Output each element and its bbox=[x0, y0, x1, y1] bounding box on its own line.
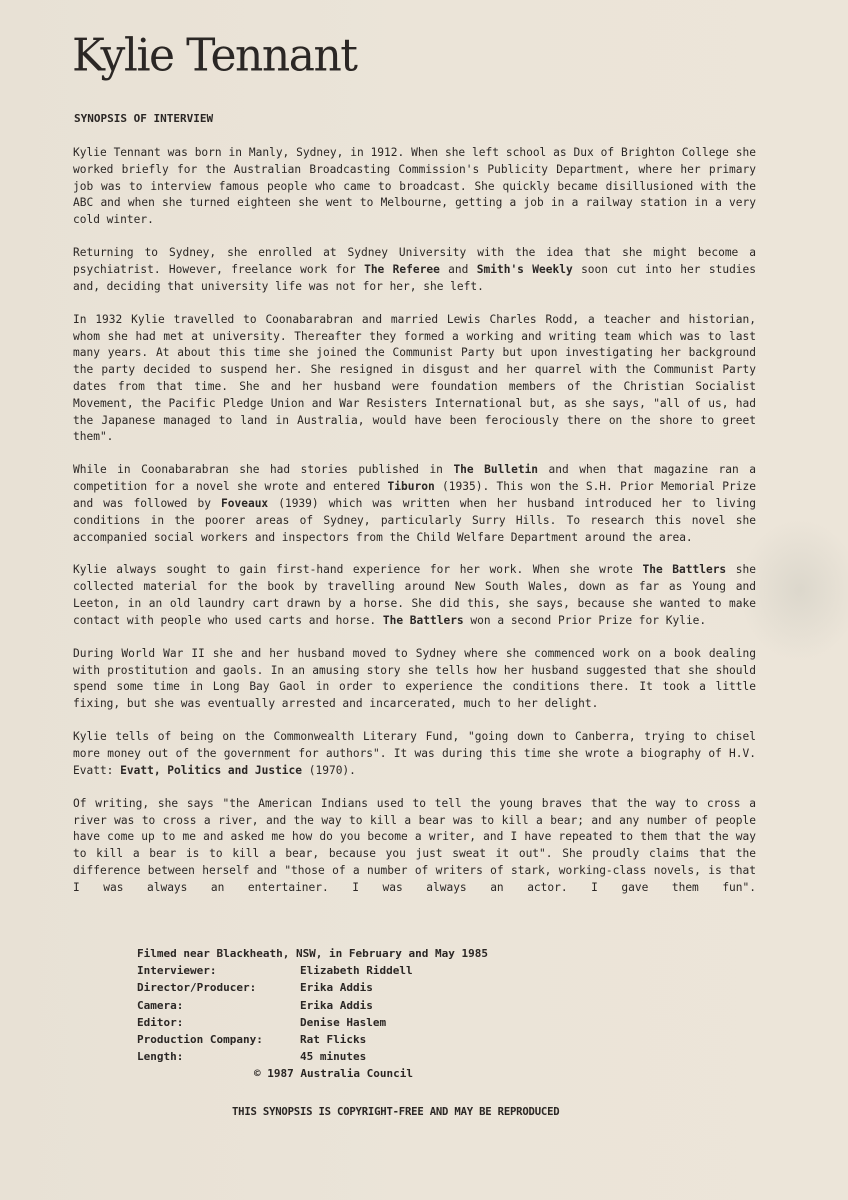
credit-row: Interviewer: Elizabeth Riddell bbox=[137, 962, 488, 979]
work-title: The Bulletin bbox=[453, 463, 538, 476]
credit-label: Editor: bbox=[137, 1014, 300, 1031]
synopsis-body: Kylie Tennant was born in Manly, Sydney,… bbox=[73, 145, 756, 913]
paragraph: Returning to Sydney, she enrolled at Syd… bbox=[73, 245, 756, 295]
credit-value: Denise Haslem bbox=[300, 1014, 386, 1031]
credit-value: Rat Flicks bbox=[300, 1031, 366, 1048]
credit-value: 45 minutes bbox=[300, 1048, 366, 1065]
document-page: Kylie Tennant SYNOPSIS OF INTERVIEW Kyli… bbox=[0, 0, 848, 1200]
paragraph: Kylie always sought to gain first-hand e… bbox=[73, 562, 756, 629]
paragraph-text: and bbox=[440, 263, 477, 276]
work-title: The Referee bbox=[364, 263, 440, 276]
credit-label: Production Company: bbox=[137, 1031, 300, 1048]
paragraph-text: Of writing, she says "the American India… bbox=[73, 797, 756, 894]
credit-label: Director/Producer: bbox=[137, 979, 300, 996]
credit-label: Camera: bbox=[137, 997, 300, 1014]
copyright-line: © 1987 Australia Council bbox=[137, 1065, 488, 1082]
document-title: Kylie Tennant bbox=[72, 29, 356, 81]
credit-label: Interviewer: bbox=[137, 962, 300, 979]
paragraph: While in Coonabarabran she had stories p… bbox=[73, 462, 756, 546]
paragraph: Kylie tells of being on the Commonwealth… bbox=[73, 729, 756, 779]
credit-row: Length: 45 minutes bbox=[137, 1048, 488, 1065]
credit-value: Elizabeth Riddell bbox=[300, 962, 413, 979]
paragraph: Of writing, she says "the American India… bbox=[73, 796, 756, 897]
document-subtitle: SYNOPSIS OF INTERVIEW bbox=[74, 112, 213, 125]
credit-row: Editor: Denise Haslem bbox=[137, 1014, 488, 1031]
work-title: The Battlers bbox=[383, 614, 464, 627]
work-title: Tiburon bbox=[388, 480, 435, 493]
work-title: Foveaux bbox=[221, 497, 268, 510]
paragraph-text: Kylie Tennant was born in Manly, Sydney,… bbox=[73, 146, 756, 226]
credit-label: Length: bbox=[137, 1048, 300, 1065]
work-title: Smith's Weekly bbox=[477, 263, 573, 276]
paragraph: In 1932 Kylie travelled to Coonabarabran… bbox=[73, 312, 756, 446]
paragraph-text: While in Coonabarabran she had stories p… bbox=[73, 463, 453, 476]
credit-row: Production Company: Rat Flicks bbox=[137, 1031, 488, 1048]
paragraph-text: won a second Prior Prize for Kylie. bbox=[464, 614, 706, 627]
copyright-notice: THIS SYNOPSIS IS COPYRIGHT-FREE AND MAY … bbox=[232, 1106, 559, 1118]
credit-row: Director/Producer: Erika Addis bbox=[137, 979, 488, 996]
filming-info: Filmed near Blackheath, NSW, in February… bbox=[137, 945, 488, 962]
work-title: The Battlers bbox=[642, 563, 726, 576]
paragraph-text: In 1932 Kylie travelled to Coonabarabran… bbox=[73, 313, 756, 444]
paragraph-text: (1970). bbox=[302, 764, 356, 777]
paragraph-text: During World War II she and her husband … bbox=[73, 647, 756, 710]
paragraph: Kylie Tennant was born in Manly, Sydney,… bbox=[73, 145, 756, 229]
credit-value: Erika Addis bbox=[300, 979, 373, 996]
paragraph-text: Kylie always sought to gain first-hand e… bbox=[73, 563, 642, 576]
credits-block: Filmed near Blackheath, NSW, in February… bbox=[137, 945, 488, 1083]
work-title: Evatt, Politics and Justice bbox=[120, 764, 302, 777]
credit-value: Erika Addis bbox=[300, 997, 373, 1014]
paragraph: During World War II she and her husband … bbox=[73, 646, 756, 713]
credit-row: Camera: Erika Addis bbox=[137, 997, 488, 1014]
